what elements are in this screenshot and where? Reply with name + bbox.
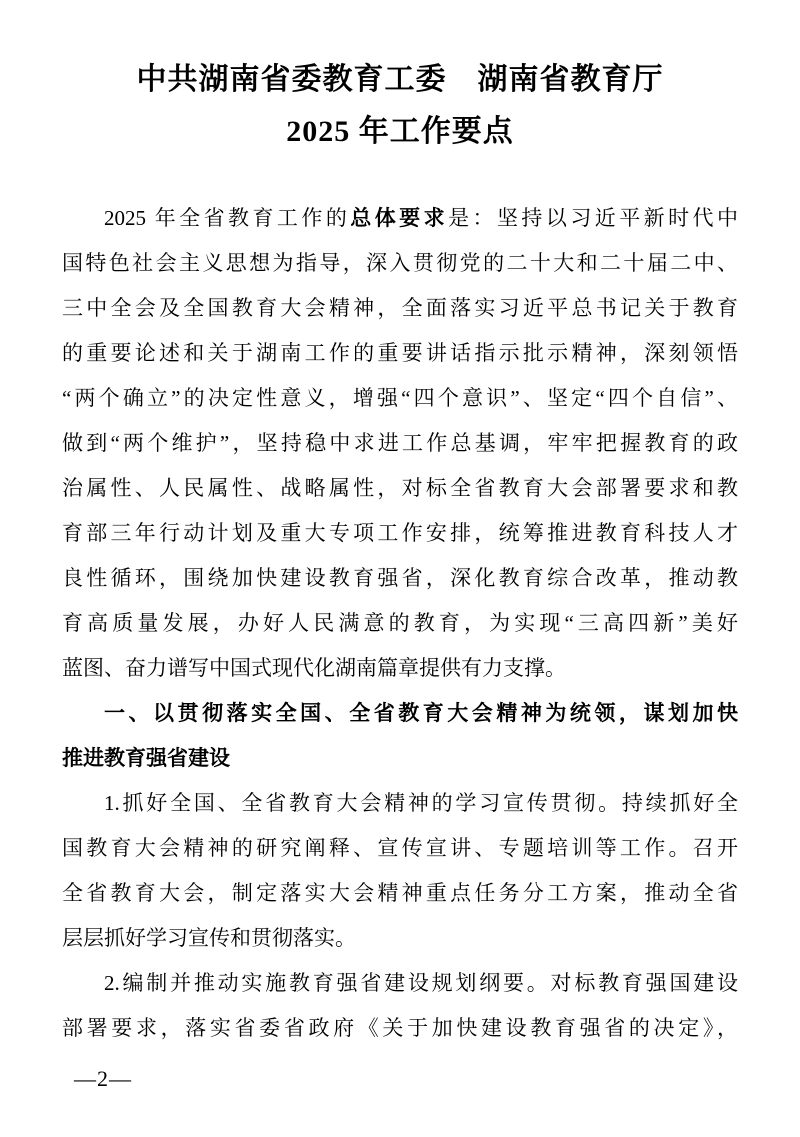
list-item-line: 1.抓好全国、全省教育大会精神的学习宣传贯彻。持续抓好全 — [62, 781, 738, 826]
body-line: 三中全会及全国教育大会精神，全面落实习近平总书记关于教育 — [62, 286, 738, 331]
body-line: 良性循环，围绕加快建设教育强省，深化教育综合改革，推动教 — [62, 556, 738, 601]
body-line: 的重要论述和关于湖南工作的重要讲话指示批示精神，深刻领悟 — [62, 331, 738, 376]
body-line: 育高质量发展，办好人民满意的教育，为实现“三高四新”美好 — [62, 601, 738, 646]
list-item-line: 国教育大会精神的研究阐释、宣传宣讲、专题培训等工作。召开 — [62, 826, 738, 871]
body-line: 蓝图、奋力谱写中国式现代化湖南篇章提供有力支撑。 — [62, 646, 738, 691]
list-item-line: 层层抓好学习宣传和贯彻落实。 — [62, 916, 738, 961]
title-line-2: 2025 年工作要点 — [286, 115, 514, 148]
list-item-line: 部署要求，落实省委省政府《关于加快建设教育强省的决定》， — [62, 1006, 738, 1051]
document-body: 2025 年全省教育工作的总体要求是：坚持以习近平新时代中 国特色社会主义思想为… — [62, 196, 738, 1051]
list-item-line: 全省教育大会，制定落实大会精神重点任务分工方案，推动全省 — [62, 871, 738, 916]
body-line: 治属性、人民属性、战略属性，对标全省教育大会部署要求和教 — [62, 466, 738, 511]
intro-bold-phrase: 总体要求 — [350, 207, 448, 230]
document-title: 中共湖南省委教育工委 湖南省教育厅 2025 年工作要点 — [0, 0, 800, 158]
body-line: 国特色社会主义思想为指导，深入贯彻党的二十大和二十届二中、 — [62, 241, 738, 286]
body-line: 育部三年行动计划及重大专项工作安排，统筹推进教育科技人才 — [62, 511, 738, 556]
body-line: 做到“两个维护”，坚持稳中求进工作总基调，牢牢把握教育的政 — [62, 421, 738, 466]
title-line-1: 中共湖南省委教育工委 湖南省教育厅 — [137, 63, 664, 96]
section-heading-line: 一、以贯彻落实全国、全省教育大会精神为统领，谋划加快 — [62, 691, 738, 736]
document-page: 中共湖南省委教育工委 湖南省教育厅 2025 年工作要点 2025 年全省教育工… — [0, 0, 800, 1137]
intro-line1-post: 是：坚持以习近平新时代中 — [448, 206, 738, 230]
body-line: 2025 年全省教育工作的总体要求是：坚持以习近平新时代中 — [62, 196, 738, 241]
intro-line1-pre: 2025 年全省教育工作的 — [104, 206, 350, 230]
page-number-footer: —2— — [74, 1066, 132, 1092]
section-heading-line: 推进教育强省建设 — [62, 736, 738, 781]
list-item-line: 2.编制并推动实施教育强省建设规划纲要。对标教育强国建设 — [62, 961, 738, 1006]
body-line: “两个确立”的决定性意义，增强“四个意识”、坚定“四个自信”、 — [62, 376, 738, 421]
